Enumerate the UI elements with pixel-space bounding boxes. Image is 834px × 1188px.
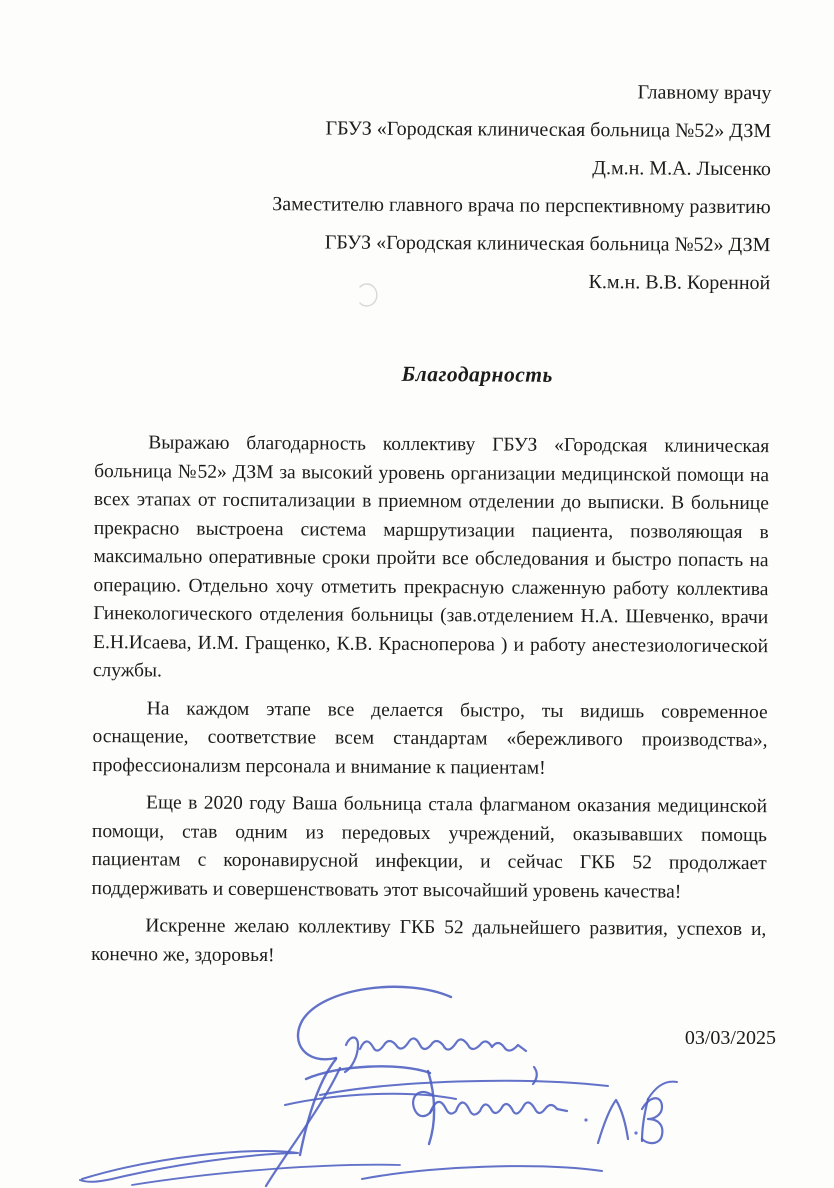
paragraph: Выражаю благодарность коллективу ГБУЗ «Г…	[93, 429, 770, 690]
addressee-line: К.м.н. В.В. Коренной	[95, 260, 770, 302]
signature-handwriting	[70, 983, 710, 1188]
addressee-line: ГБУЗ «Городская клиническая больница №52…	[96, 108, 771, 150]
letter-body: Выражаю благодарность коллективу ГБУЗ «Г…	[91, 429, 769, 973]
letter-content: Главному врачу ГБУЗ «Городская клиническ…	[0, 0, 834, 983]
paragraph: На каждом этапе все делается быстро, ты …	[92, 695, 768, 785]
paragraph: Искренне желаю коллективу ГКБ 52 дальней…	[91, 912, 766, 973]
addressee-line: Заместителю главного врача по перспектив…	[96, 184, 771, 226]
paragraph: Еще в 2020 году Ваша больница стала флаг…	[91, 789, 767, 907]
addressee-line: Д.м.н. М.А. Лысенко	[96, 146, 771, 188]
addressee-line: Главному врачу	[96, 70, 771, 112]
addressee-line: ГБУЗ «Городская клиническая больница №52…	[95, 222, 770, 264]
scanned-letter-page: Главному врачу ГБУЗ «Городская клиническ…	[0, 0, 834, 1188]
signature-ink-strokes	[70, 983, 710, 1188]
addressee-block: Главному врачу ГБУЗ «Городская клиническ…	[95, 70, 771, 302]
letter-title: Благодарность	[140, 360, 815, 389]
scan-artifact-mark	[356, 282, 380, 308]
